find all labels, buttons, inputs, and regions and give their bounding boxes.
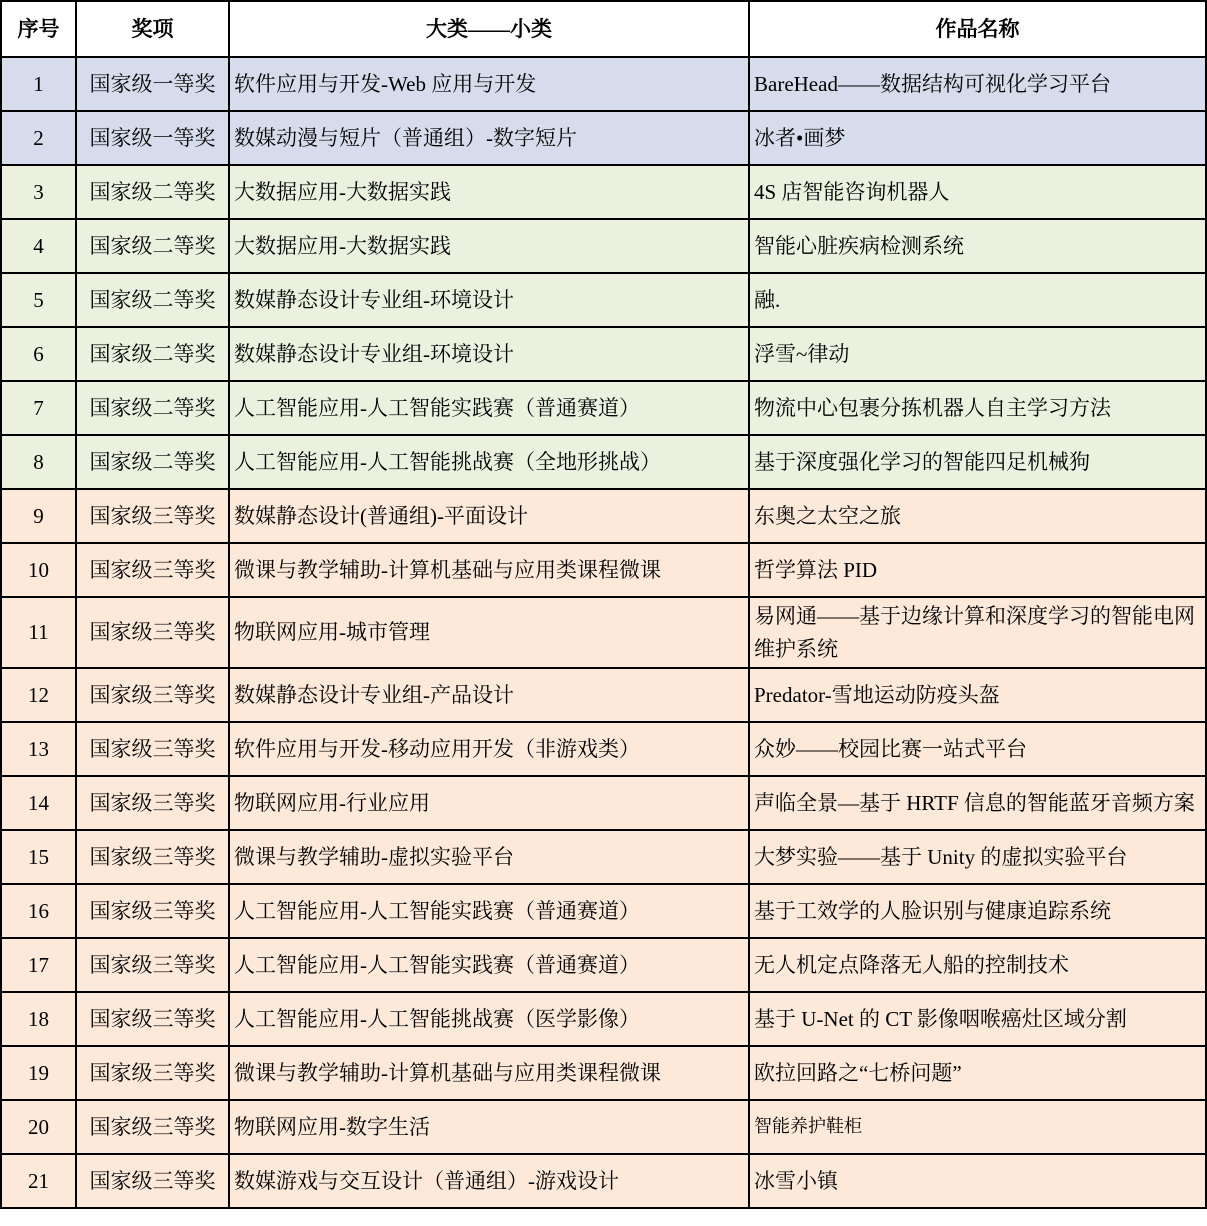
- row-serial-number: 12: [1, 668, 76, 722]
- table-header: 序号 奖项 大类——小类 作品名称: [1, 1, 1206, 57]
- row-serial-number: 1: [1, 57, 76, 111]
- table-row: 1 国家级一等奖 软件应用与开发-Web 应用与开发 BareHead——数据结…: [1, 57, 1206, 111]
- row-category: 大数据应用-大数据实践: [229, 219, 749, 273]
- row-award-level: 国家级三等奖: [76, 1046, 229, 1100]
- row-category: 软件应用与开发-Web 应用与开发: [229, 57, 749, 111]
- row-work-title: 无人机定点降落无人船的控制技术: [749, 938, 1206, 992]
- table-row: 15 国家级三等奖 微课与教学辅助-虚拟实验平台 大梦实验——基于 Unity …: [1, 830, 1206, 884]
- table-row: 20 国家级三等奖 物联网应用-数字生活 智能养护鞋柜: [1, 1100, 1206, 1154]
- row-award-level: 国家级三等奖: [76, 597, 229, 668]
- row-award-level: 国家级三等奖: [76, 1100, 229, 1154]
- table-row: 16 国家级三等奖 人工智能应用-人工智能实践赛（普通赛道） 基于工效学的人脸识…: [1, 884, 1206, 938]
- row-category: 物联网应用-行业应用: [229, 776, 749, 830]
- row-category: 微课与教学辅助-计算机基础与应用类课程微课: [229, 1046, 749, 1100]
- row-award-level: 国家级三等奖: [76, 776, 229, 830]
- row-serial-number: 16: [1, 884, 76, 938]
- row-work-title: 基于 U-Net 的 CT 影像咽喉癌灶区域分割: [749, 992, 1206, 1046]
- row-work-title: 哲学算法 PID: [749, 543, 1206, 597]
- page: 序号 奖项 大类——小类 作品名称 1 国家级一等奖 软件应用与开发-Web 应…: [0, 0, 1207, 1226]
- row-serial-number: 8: [1, 435, 76, 489]
- table-row: 21 国家级三等奖 数媒游戏与交互设计（普通组）-游戏设计 冰雪小镇: [1, 1154, 1206, 1208]
- table-row: 4 国家级二等奖 大数据应用-大数据实践 智能心脏疾病检测系统: [1, 219, 1206, 273]
- row-serial-number: 13: [1, 722, 76, 776]
- row-category: 数媒动漫与短片（普通组）-数字短片: [229, 111, 749, 165]
- row-category: 数媒游戏与交互设计（普通组）-游戏设计: [229, 1154, 749, 1208]
- row-serial-number: 4: [1, 219, 76, 273]
- row-work-title: 智能养护鞋柜: [749, 1100, 1206, 1154]
- row-category: 物联网应用-数字生活: [229, 1100, 749, 1154]
- row-serial-number: 10: [1, 543, 76, 597]
- header-serial-number: 序号: [1, 1, 76, 57]
- row-award-level: 国家级三等奖: [76, 722, 229, 776]
- table-row: 10 国家级三等奖 微课与教学辅助-计算机基础与应用类课程微课 哲学算法 PID: [1, 543, 1206, 597]
- row-award-level: 国家级二等奖: [76, 327, 229, 381]
- header-row: 序号 奖项 大类——小类 作品名称: [1, 1, 1206, 57]
- row-serial-number: 3: [1, 165, 76, 219]
- row-award-level: 国家级二等奖: [76, 273, 229, 327]
- awards-table: 序号 奖项 大类——小类 作品名称 1 国家级一等奖 软件应用与开发-Web 应…: [0, 0, 1207, 1209]
- row-work-title: 声临全景—基于 HRTF 信息的智能蓝牙音频方案: [749, 776, 1206, 830]
- header-category: 大类——小类: [229, 1, 749, 57]
- row-work-title: Predator-雪地运动防疫头盔: [749, 668, 1206, 722]
- row-category: 微课与教学辅助-虚拟实验平台: [229, 830, 749, 884]
- row-serial-number: 9: [1, 489, 76, 543]
- row-category: 数媒静态设计专业组-环境设计: [229, 273, 749, 327]
- table-row: 2 国家级一等奖 数媒动漫与短片（普通组）-数字短片 冰者•画梦: [1, 111, 1206, 165]
- row-category: 微课与教学辅助-计算机基础与应用类课程微课: [229, 543, 749, 597]
- row-work-title: 基于工效学的人脸识别与健康追踪系统: [749, 884, 1206, 938]
- row-category: 人工智能应用-人工智能挑战赛（全地形挑战）: [229, 435, 749, 489]
- row-serial-number: 11: [1, 597, 76, 668]
- row-work-title: 智能心脏疾病检测系统: [749, 219, 1206, 273]
- row-work-title: 大梦实验——基于 Unity 的虚拟实验平台: [749, 830, 1206, 884]
- row-work-title: 物流中心包裹分拣机器人自主学习方法: [749, 381, 1206, 435]
- row-award-level: 国家级三等奖: [76, 668, 229, 722]
- row-award-level: 国家级二等奖: [76, 381, 229, 435]
- row-award-level: 国家级二等奖: [76, 435, 229, 489]
- table-row: 11 国家级三等奖 物联网应用-城市管理 易网通——基于边缘计算和深度学习的智能…: [1, 597, 1206, 668]
- row-serial-number: 5: [1, 273, 76, 327]
- row-work-title: 易网通——基于边缘计算和深度学习的智能电网维护系统: [749, 597, 1206, 668]
- row-work-title: 冰雪小镇: [749, 1154, 1206, 1208]
- row-serial-number: 2: [1, 111, 76, 165]
- row-work-title: BareHead——数据结构可视化学习平台: [749, 57, 1206, 111]
- row-category: 数媒静态设计专业组-环境设计: [229, 327, 749, 381]
- table-row: 9 国家级三等奖 数媒静态设计(普通组)-平面设计 东奥之太空之旅: [1, 489, 1206, 543]
- table-row: 3 国家级二等奖 大数据应用-大数据实践 4S 店智能咨询机器人: [1, 165, 1206, 219]
- row-award-level: 国家级三等奖: [76, 830, 229, 884]
- table-row: 17 国家级三等奖 人工智能应用-人工智能实践赛（普通赛道） 无人机定点降落无人…: [1, 938, 1206, 992]
- row-serial-number: 15: [1, 830, 76, 884]
- row-work-title: 欧拉回路之“七桥问题”: [749, 1046, 1206, 1100]
- row-category: 软件应用与开发-移动应用开发（非游戏类）: [229, 722, 749, 776]
- table-row: 18 国家级三等奖 人工智能应用-人工智能挑战赛（医学影像） 基于 U-Net …: [1, 992, 1206, 1046]
- table-row: 12 国家级三等奖 数媒静态设计专业组-产品设计 Predator-雪地运动防疫…: [1, 668, 1206, 722]
- row-award-level: 国家级三等奖: [76, 938, 229, 992]
- row-award-level: 国家级三等奖: [76, 992, 229, 1046]
- row-serial-number: 21: [1, 1154, 76, 1208]
- row-work-title: 冰者•画梦: [749, 111, 1206, 165]
- row-award-level: 国家级二等奖: [76, 219, 229, 273]
- table-row: 14 国家级三等奖 物联网应用-行业应用 声临全景—基于 HRTF 信息的智能蓝…: [1, 776, 1206, 830]
- row-serial-number: 20: [1, 1100, 76, 1154]
- table-row: 5 国家级二等奖 数媒静态设计专业组-环境设计 融.: [1, 273, 1206, 327]
- row-serial-number: 6: [1, 327, 76, 381]
- header-award: 奖项: [76, 1, 229, 57]
- row-category: 大数据应用-大数据实践: [229, 165, 749, 219]
- table-row: 19 国家级三等奖 微课与教学辅助-计算机基础与应用类课程微课 欧拉回路之“七桥…: [1, 1046, 1206, 1100]
- table-row: 6 国家级二等奖 数媒静态设计专业组-环境设计 浮雪~律动: [1, 327, 1206, 381]
- row-serial-number: 18: [1, 992, 76, 1046]
- table-body: 1 国家级一等奖 软件应用与开发-Web 应用与开发 BareHead——数据结…: [1, 57, 1206, 1208]
- row-category: 数媒静态设计专业组-产品设计: [229, 668, 749, 722]
- row-work-title: 东奥之太空之旅: [749, 489, 1206, 543]
- row-serial-number: 14: [1, 776, 76, 830]
- row-work-title: 融.: [749, 273, 1206, 327]
- row-work-title: 众妙——校园比赛一站式平台: [749, 722, 1206, 776]
- row-award-level: 国家级三等奖: [76, 884, 229, 938]
- row-award-level: 国家级一等奖: [76, 111, 229, 165]
- row-serial-number: 19: [1, 1046, 76, 1100]
- row-award-level: 国家级三等奖: [76, 1154, 229, 1208]
- row-category: 人工智能应用-人工智能实践赛（普通赛道）: [229, 884, 749, 938]
- row-serial-number: 7: [1, 381, 76, 435]
- row-work-title: 4S 店智能咨询机器人: [749, 165, 1206, 219]
- row-award-level: 国家级三等奖: [76, 489, 229, 543]
- row-work-title: 基于深度强化学习的智能四足机械狗: [749, 435, 1206, 489]
- header-work-name: 作品名称: [749, 1, 1206, 57]
- row-category: 物联网应用-城市管理: [229, 597, 749, 668]
- table-row: 7 国家级二等奖 人工智能应用-人工智能实践赛（普通赛道） 物流中心包裹分拣机器…: [1, 381, 1206, 435]
- row-award-level: 国家级三等奖: [76, 543, 229, 597]
- row-category: 人工智能应用-人工智能实践赛（普通赛道）: [229, 381, 749, 435]
- row-work-title: 浮雪~律动: [749, 327, 1206, 381]
- row-award-level: 国家级二等奖: [76, 165, 229, 219]
- table-row: 8 国家级二等奖 人工智能应用-人工智能挑战赛（全地形挑战） 基于深度强化学习的…: [1, 435, 1206, 489]
- row-category: 数媒静态设计(普通组)-平面设计: [229, 489, 749, 543]
- row-category: 人工智能应用-人工智能挑战赛（医学影像）: [229, 992, 749, 1046]
- row-serial-number: 17: [1, 938, 76, 992]
- row-award-level: 国家级一等奖: [76, 57, 229, 111]
- table-row: 13 国家级三等奖 软件应用与开发-移动应用开发（非游戏类） 众妙——校园比赛一…: [1, 722, 1206, 776]
- row-category: 人工智能应用-人工智能实践赛（普通赛道）: [229, 938, 749, 992]
